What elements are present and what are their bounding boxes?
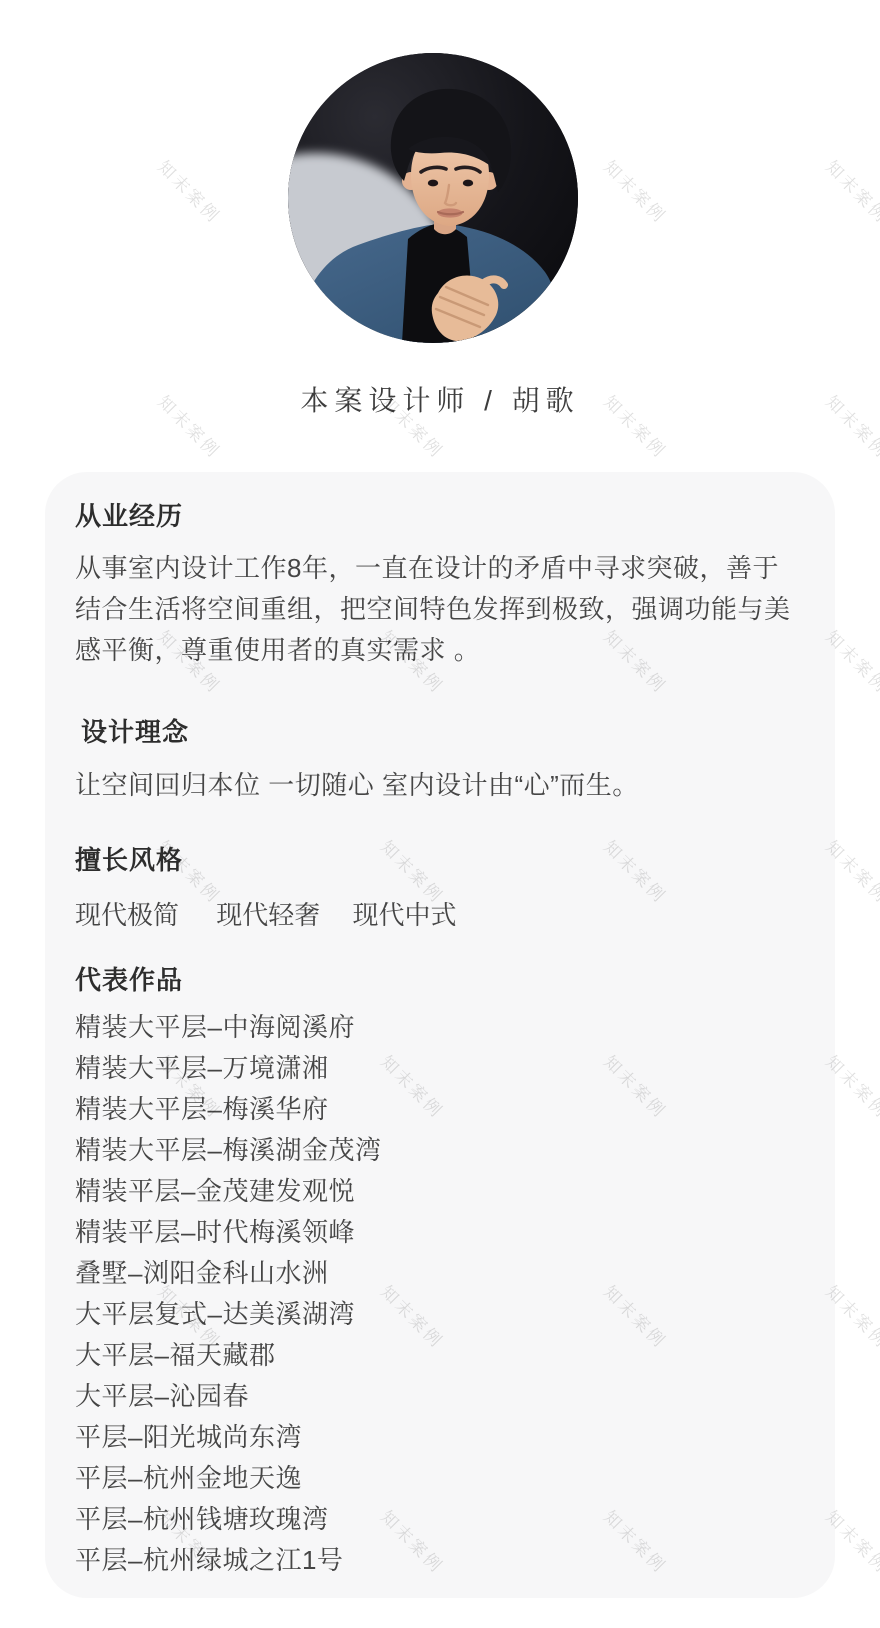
work-item: 平层–杭州钱塘玫瑰湾 — [75, 1499, 805, 1540]
work-item: 精装大平层–万境潇湘 — [75, 1048, 805, 1089]
styles-heading: 擅长风格 — [75, 847, 805, 874]
designer-profile-page: { "header": { "title": "本案设计师 / 胡歌" }, "… — [0, 0, 880, 1628]
work-item: 大平层复式–达美溪湖湾 — [75, 1294, 805, 1335]
designer-info-card: 从业经历 从事室内设计工作8年，一直在设计的矛盾中寻求突破，善于结合生活将空间重… — [45, 472, 835, 1598]
experience-body: 从事室内设计工作8年，一直在设计的矛盾中寻求突破，善于结合生活将空间重组，把空间… — [75, 548, 805, 671]
work-item: 平层–阳光城尚东湾 — [75, 1417, 805, 1458]
work-item: 平层–杭州绿城之江1号 — [75, 1540, 805, 1581]
work-item: 精装大平层–中海阅溪府 — [75, 1007, 805, 1048]
designer-avatar — [288, 53, 578, 343]
styles-list: 现代极简 现代轻奢 现代中式 — [75, 895, 805, 936]
style-item: 现代轻奢 — [216, 900, 320, 930]
designer-portrait-illustration — [288, 53, 578, 343]
style-item: 现代极简 — [75, 900, 179, 930]
philosophy-body: 让空间回归本位 一切随心 室内设计由“心”而生。 — [75, 765, 805, 806]
work-item: 大平层–沁园春 — [75, 1376, 805, 1417]
work-item: 精装平层–时代梅溪领峰 — [75, 1212, 805, 1253]
philosophy-heading: 设计理念 — [75, 719, 805, 746]
style-item: 现代中式 — [353, 900, 457, 930]
work-item: 叠墅–浏阳金科山水洲 — [75, 1253, 805, 1294]
work-item: 精装大平层–梅溪华府 — [75, 1089, 805, 1130]
work-item: 精装大平层–梅溪湖金茂湾 — [75, 1130, 805, 1171]
watermark-text: 知末案例 — [153, 154, 227, 228]
page-title: 本案设计师 / 胡歌 — [0, 387, 880, 415]
works-list: 精装大平层–中海阅溪府 精装大平层–万境潇湘 精装大平层–梅溪华府 精装大平层–… — [75, 1007, 805, 1581]
work-item: 精装平层–金茂建发观悦 — [75, 1171, 805, 1212]
work-item: 平层–杭州金地天逸 — [75, 1458, 805, 1499]
experience-heading: 从业经历 — [75, 503, 805, 530]
watermark-text: 知末案例 — [821, 154, 880, 228]
work-item: 大平层–福天藏郡 — [75, 1335, 805, 1376]
works-heading: 代表作品 — [75, 967, 805, 994]
watermark-text: 知末案例 — [599, 154, 673, 228]
